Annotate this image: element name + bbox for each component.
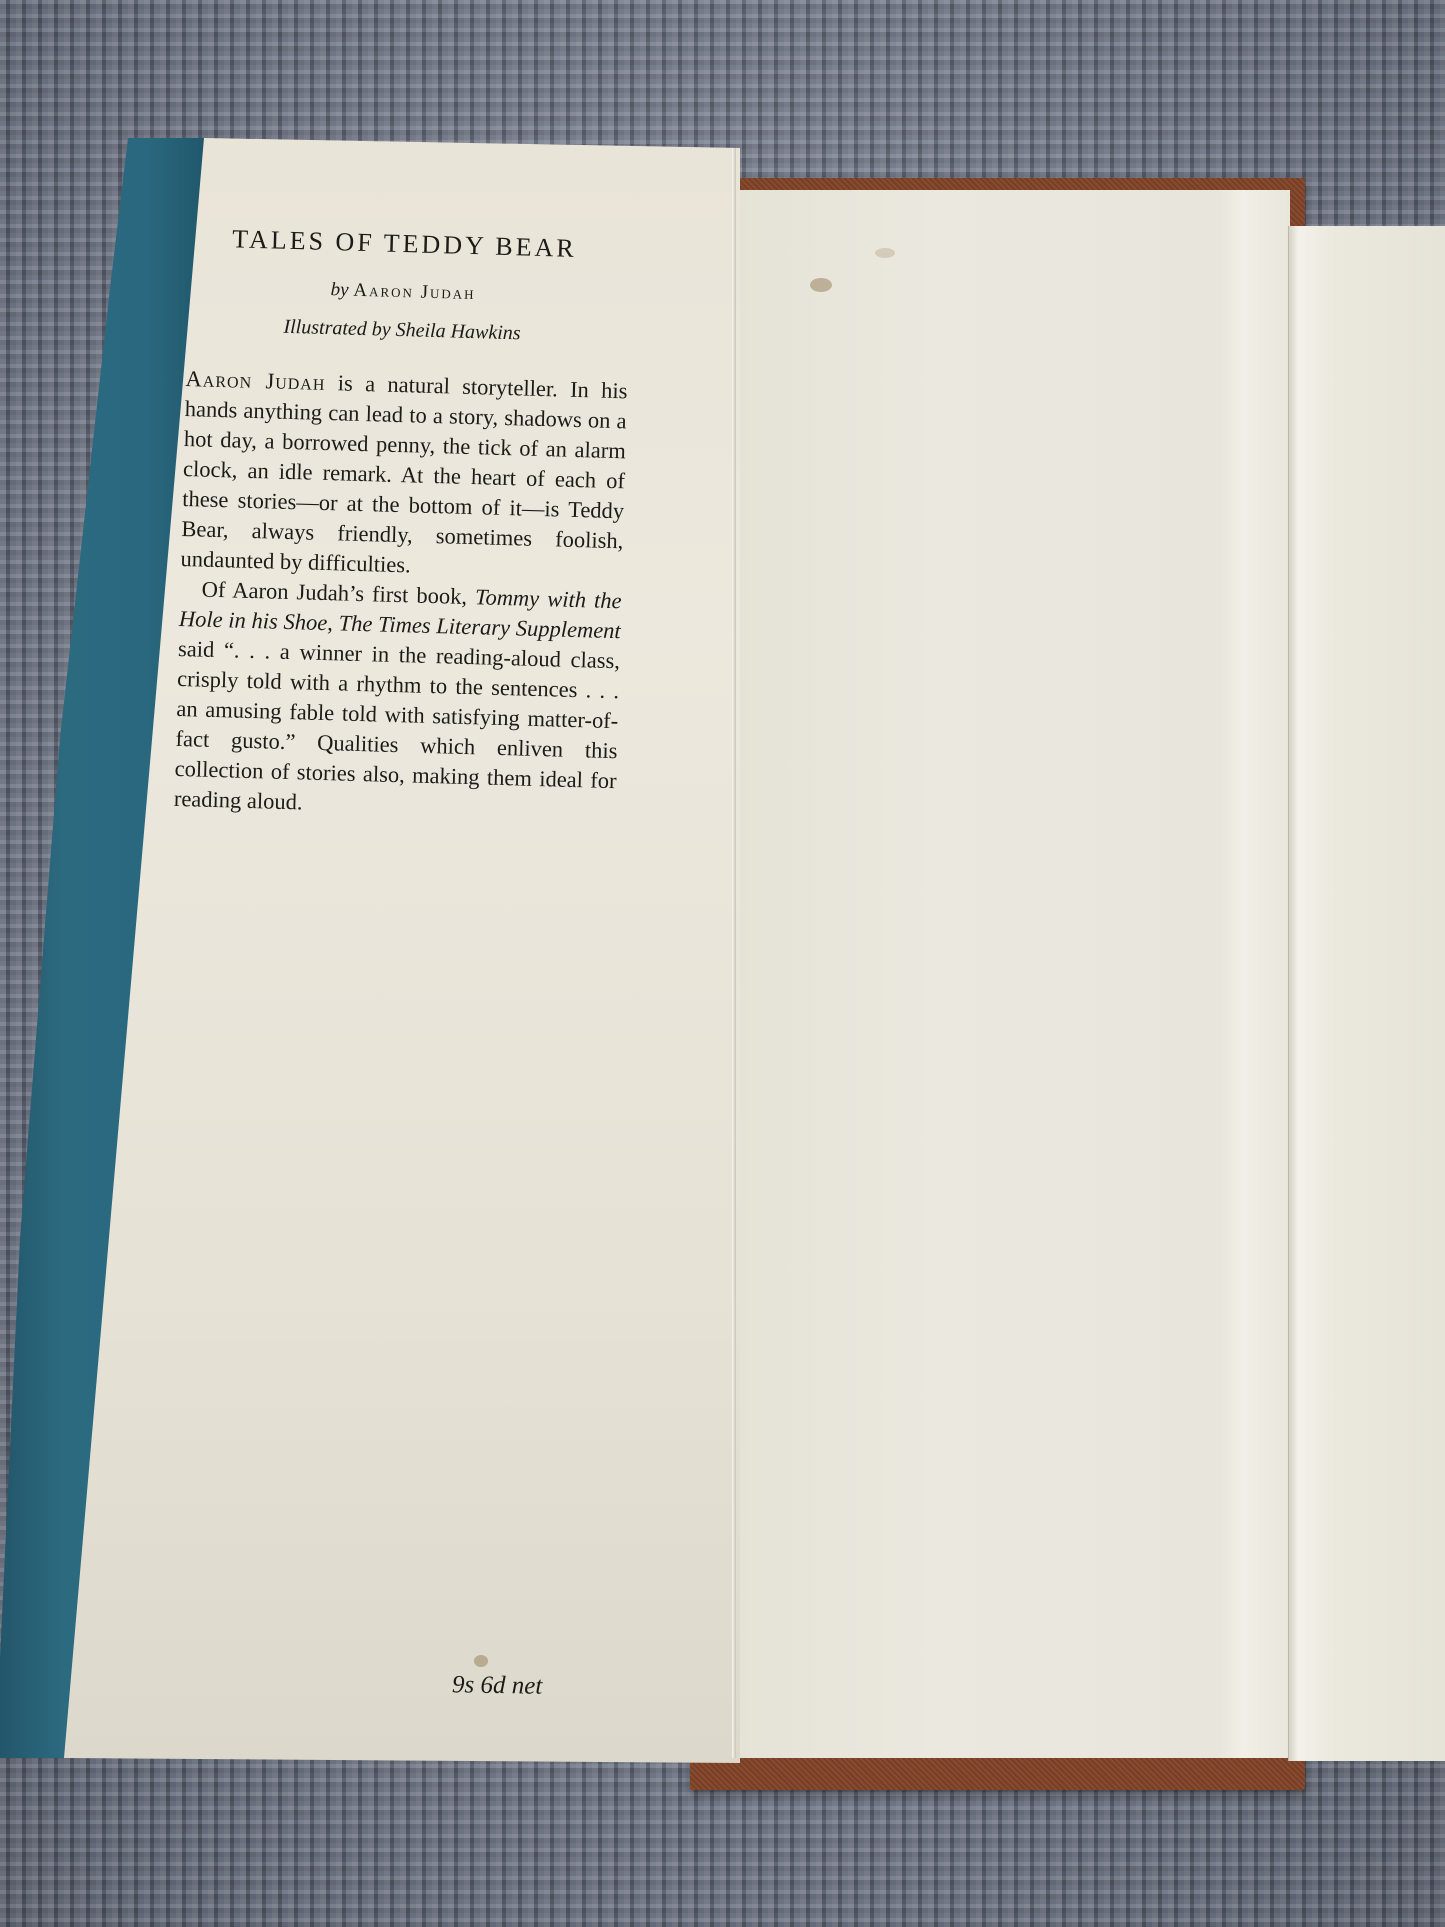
author-prefix: by: [330, 279, 349, 300]
blurb-p2-quote: said “. . . a winner in the reading-alou…: [174, 636, 621, 815]
stain: [875, 248, 895, 258]
blurb-p1-text: is a natural storyteller. In his hands a…: [180, 370, 628, 577]
flap-edge: [732, 148, 736, 1758]
flap-text: TALES OF TEDDY BEAR by Aaron Judah Illus…: [133, 222, 629, 826]
blurb-p2-text: Of Aaron Judah’s first book,: [201, 577, 475, 610]
illustrator-line: Illustrated by Sheila Hawkins: [177, 313, 627, 349]
price-label: 9s 6d net: [452, 1671, 543, 1701]
author-name: Aaron Judah: [353, 280, 476, 304]
blurb-paragraph-2: Of Aaron Judah’s first book, Tommy with …: [173, 574, 622, 826]
blurb-p2-sep: ,: [327, 610, 339, 635]
blurb-lead: Aaron Judah: [185, 366, 326, 395]
publication-reference: The Times Literary Supplement: [338, 610, 621, 643]
stain: [474, 1655, 488, 1667]
author-line: by Aaron Judah: [178, 275, 628, 310]
endpaper: [700, 190, 1290, 1758]
endpaper-spine-fold: [1288, 226, 1445, 1761]
blurb-paragraph-1: Aaron Judah is a natural storyteller. In…: [180, 364, 628, 586]
stain: [810, 278, 832, 292]
